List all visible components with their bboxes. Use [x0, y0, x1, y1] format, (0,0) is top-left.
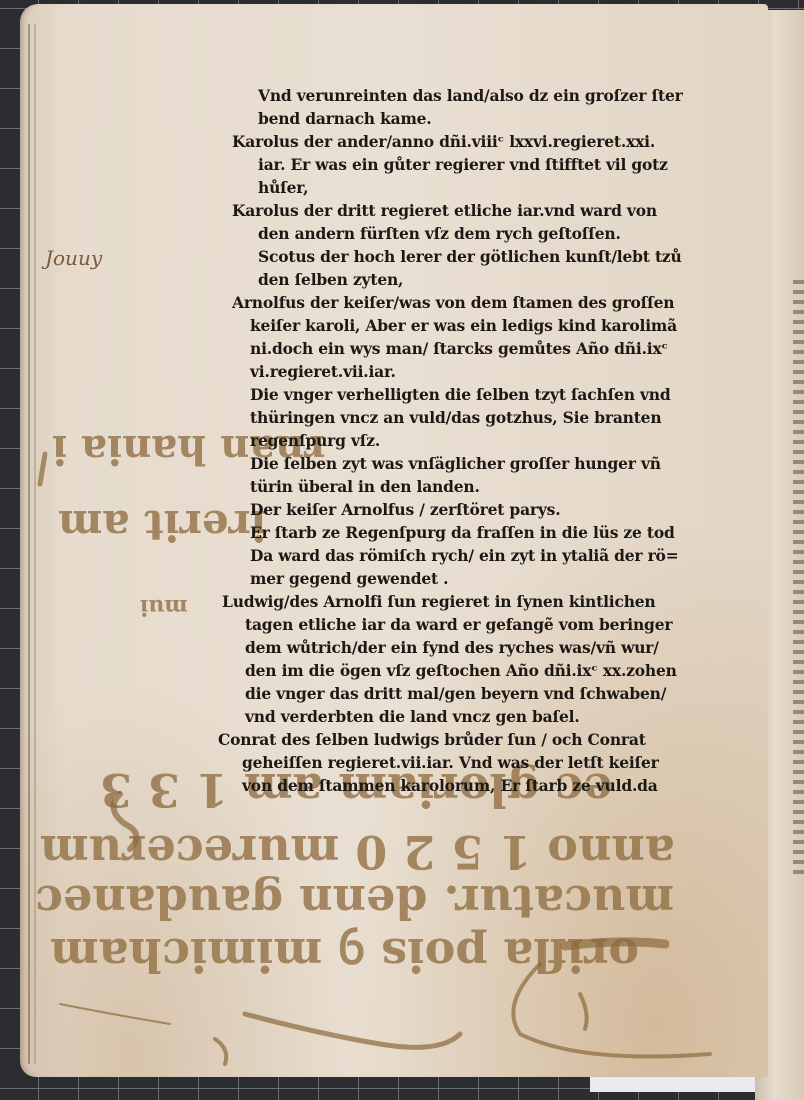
adjacent-page-text-bleed: [793, 280, 804, 880]
book-page: rnan hania iirerit ammuiec gloriam am 1 …: [20, 4, 768, 1077]
handwritten-margin-note: Jouuy: [45, 246, 102, 270]
margin-annotations: Jouuy: [20, 4, 768, 1077]
